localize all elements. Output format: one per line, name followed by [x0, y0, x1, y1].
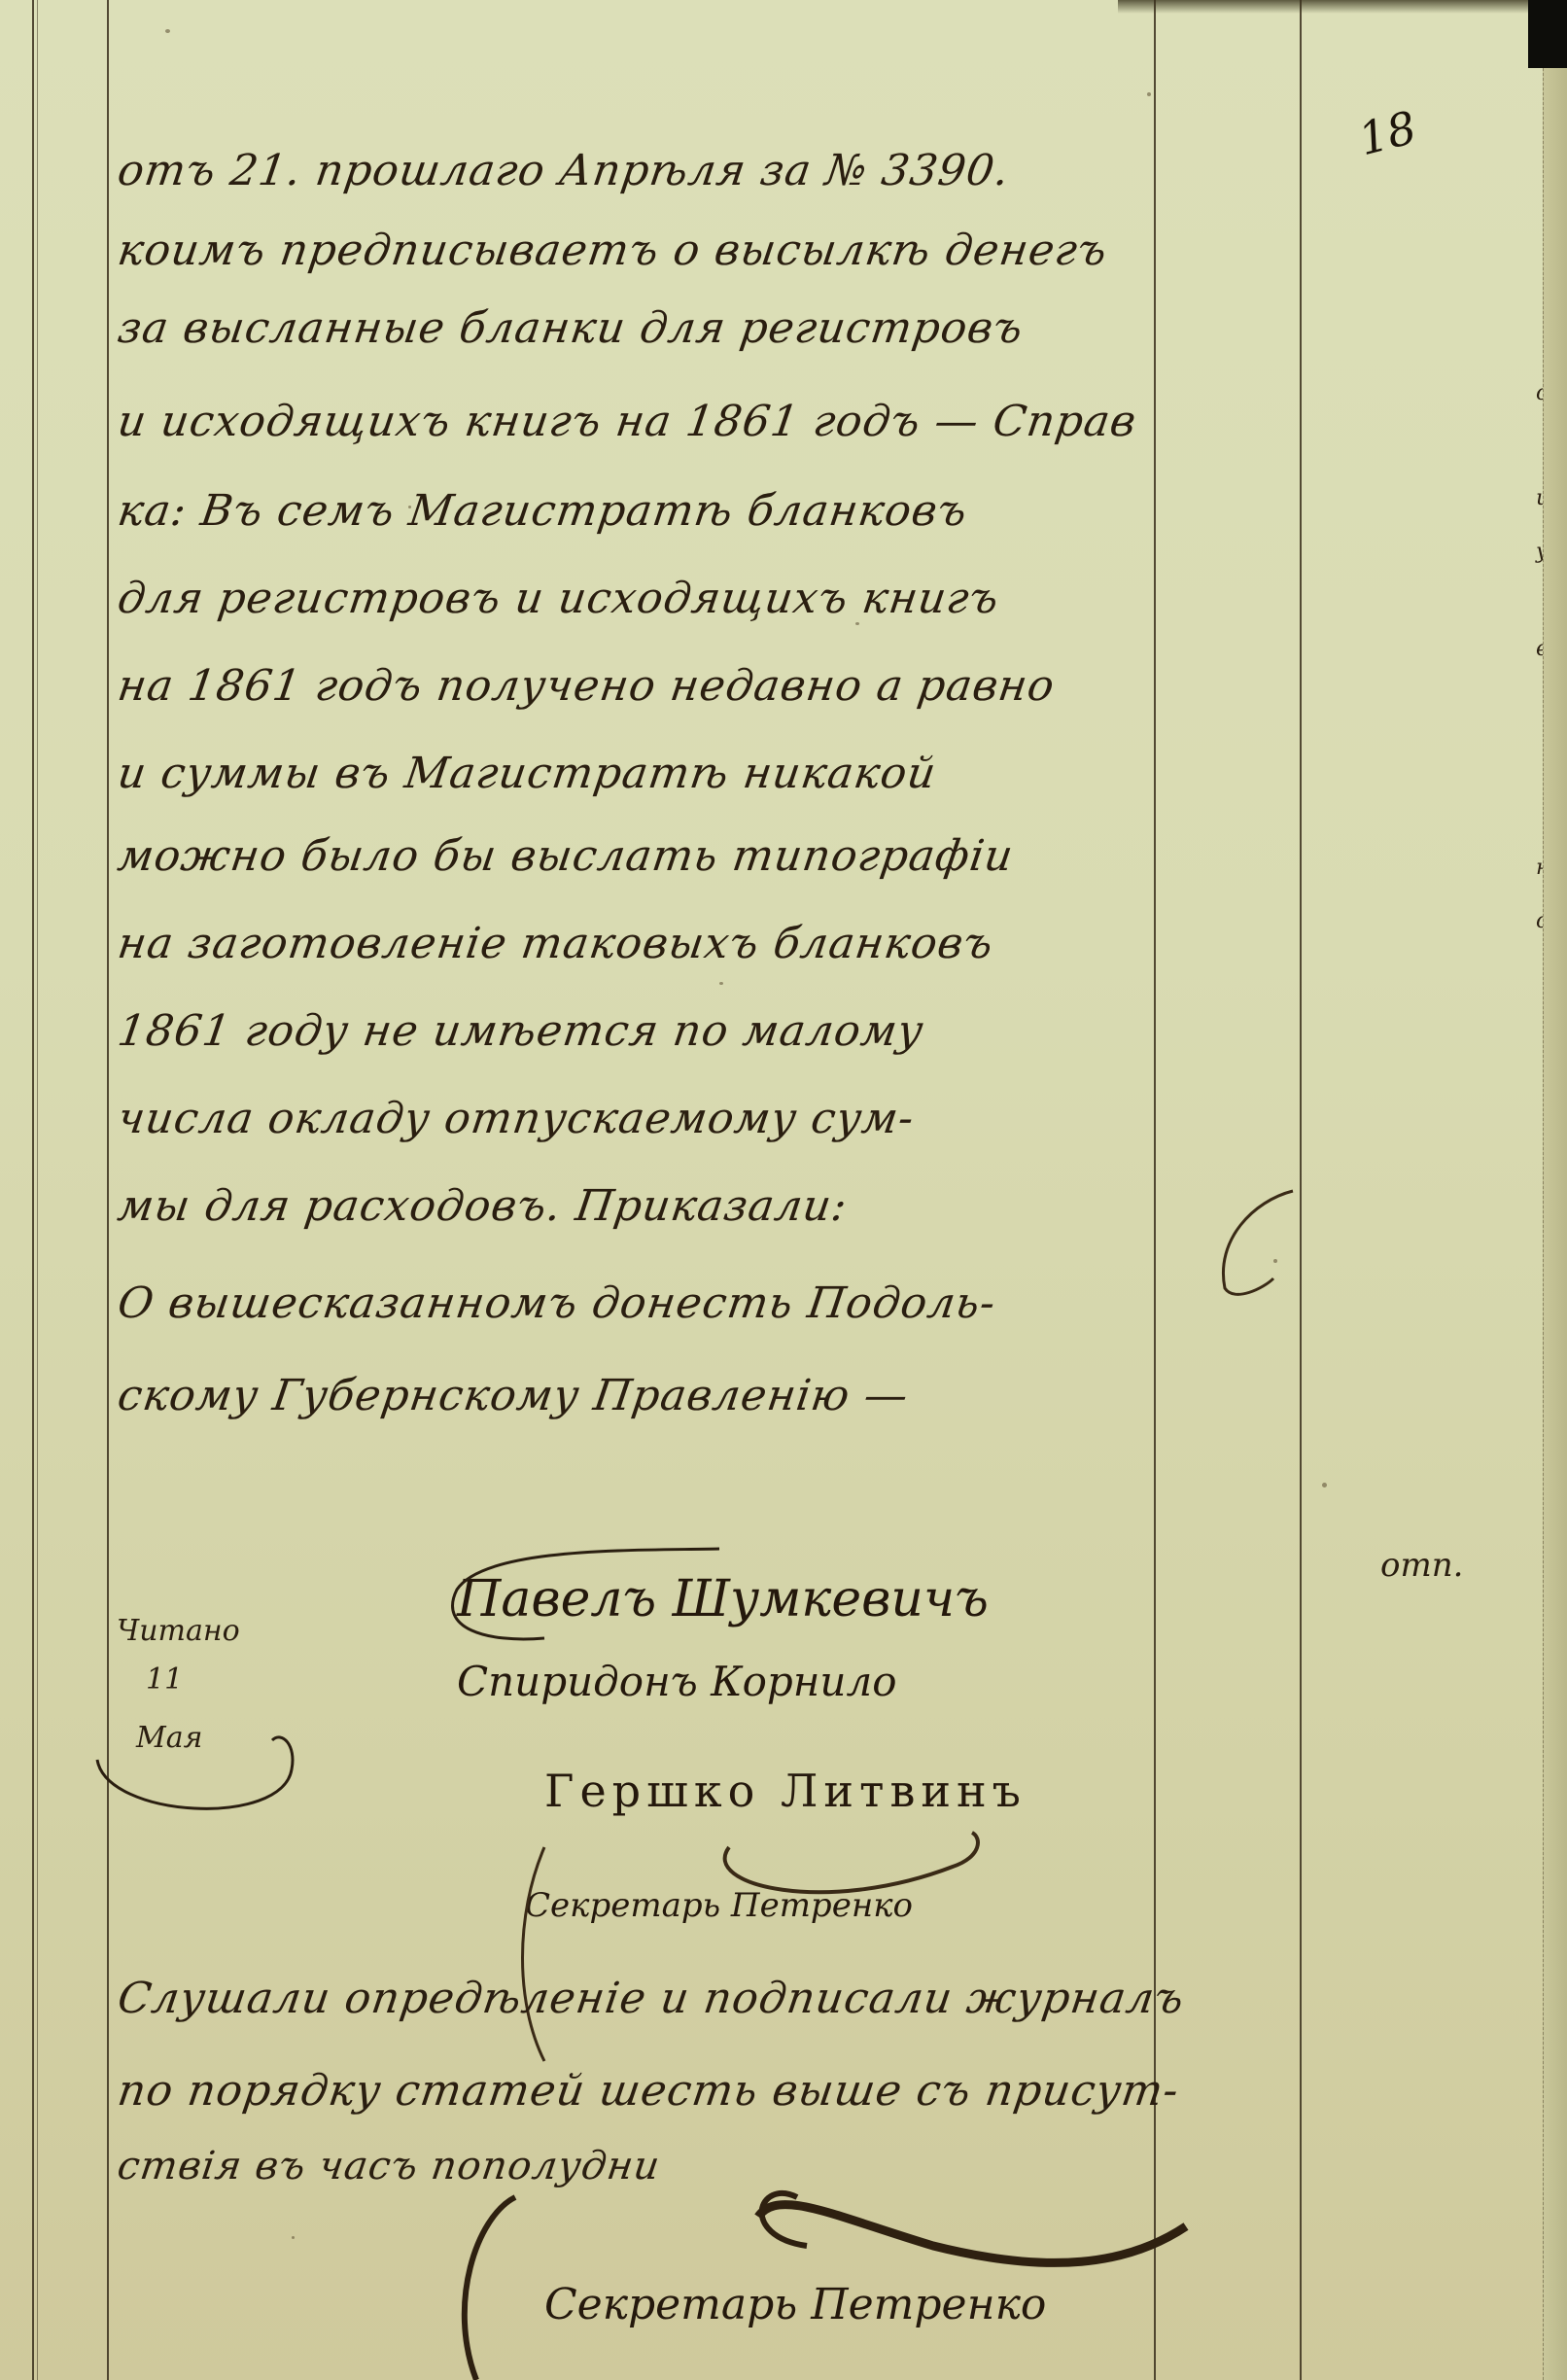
body-line-13: мы для расходовъ. Приказали:	[115, 1181, 851, 1231]
paper-speck	[408, 506, 411, 508]
body-line-10: на заготовленіе таковыхъ бланковъ	[115, 919, 996, 968]
right-column-note: отп.	[1380, 1546, 1463, 1585]
body-line-1: отъ 21. прошлаго Апрѣля за № 3390.	[115, 146, 1013, 195]
paper-speck	[1273, 1259, 1277, 1263]
page-number: 18	[1353, 101, 1421, 166]
body-line-14: О вышесказанномъ донесть Подоль-	[115, 1278, 999, 1328]
body-line-3: за высланные бланки для регистровъ	[115, 303, 1027, 353]
paper-speck	[165, 29, 170, 33]
signature-role-line: Спиридонъ Корнило	[457, 1658, 897, 1705]
right-column-rule	[1300, 0, 1302, 2380]
left-margin-rule	[107, 0, 109, 2380]
body-line-15: скому Губернскому Правленію —	[115, 1371, 912, 1420]
closing-line-2: по порядку статей шесть выше съ присут-	[115, 2066, 1182, 2116]
margin-flourish-icon	[1196, 1181, 1303, 1308]
paper-speck	[1147, 92, 1151, 96]
signature-main-name: Павелъ Шумкевичъ	[457, 1570, 989, 1628]
body-line-12: числа окладу отпускаемому сум-	[115, 1094, 918, 1143]
paper-speck	[719, 982, 723, 985]
closing-line-3: ствія въ часъ пополудни	[115, 2144, 663, 2188]
body-line-2: коимъ предписываетъ о высылкѣ денегъ	[115, 226, 1111, 275]
facing-page-edge	[1543, 68, 1567, 2380]
signature-third-line: Гершко Литвинъ	[544, 1765, 1027, 1817]
closing-line-1: Слушали опредѣленіе и подписали журналъ	[115, 1974, 1188, 2023]
left-margin-note-read: Читано	[117, 1614, 240, 1648]
left-edge-rule	[32, 0, 34, 2380]
body-line-7: на 1861 годъ получено недавно а равно	[115, 661, 1058, 711]
page-top-shadow	[1118, 0, 1546, 14]
closing-signature: Секретарь Петренко	[544, 2280, 1046, 2329]
left-margin-note-month: Мая	[136, 1721, 202, 1755]
paper-speck	[292, 2236, 295, 2239]
left-edge-rule-double	[37, 0, 38, 2380]
paper-speck	[855, 622, 859, 625]
body-line-4: и исходящихъ книгъ на 1861 годъ — Справ	[115, 397, 1140, 446]
closing-signature-flourish-icon	[253, 2158, 1225, 2380]
body-line-9: можно было бы выслать типографіи	[115, 831, 1017, 881]
margin-note-flourish-icon	[87, 1653, 321, 1828]
secretary-flourish-icon	[496, 1828, 1098, 2081]
body-line-6: для регистровъ и исходящихъ книгъ	[115, 574, 1002, 623]
body-line-5: ка: Въ семъ Магистратѣ бланковъ	[115, 486, 971, 536]
body-line-8: и суммы въ Магистратѣ никакой	[115, 749, 939, 798]
paper-speck	[1322, 1483, 1327, 1487]
scan-background-corner	[1528, 0, 1567, 68]
document-page: 18 отъ 21. прошлаго Апрѣля за № 3390. ко…	[0, 0, 1546, 2380]
signature-secretary: Секретарь Петренко	[525, 1886, 913, 1925]
body-line-11: 1861 году не имѣется по малому	[115, 1006, 926, 1056]
left-margin-note-day: 11	[146, 1662, 183, 1697]
